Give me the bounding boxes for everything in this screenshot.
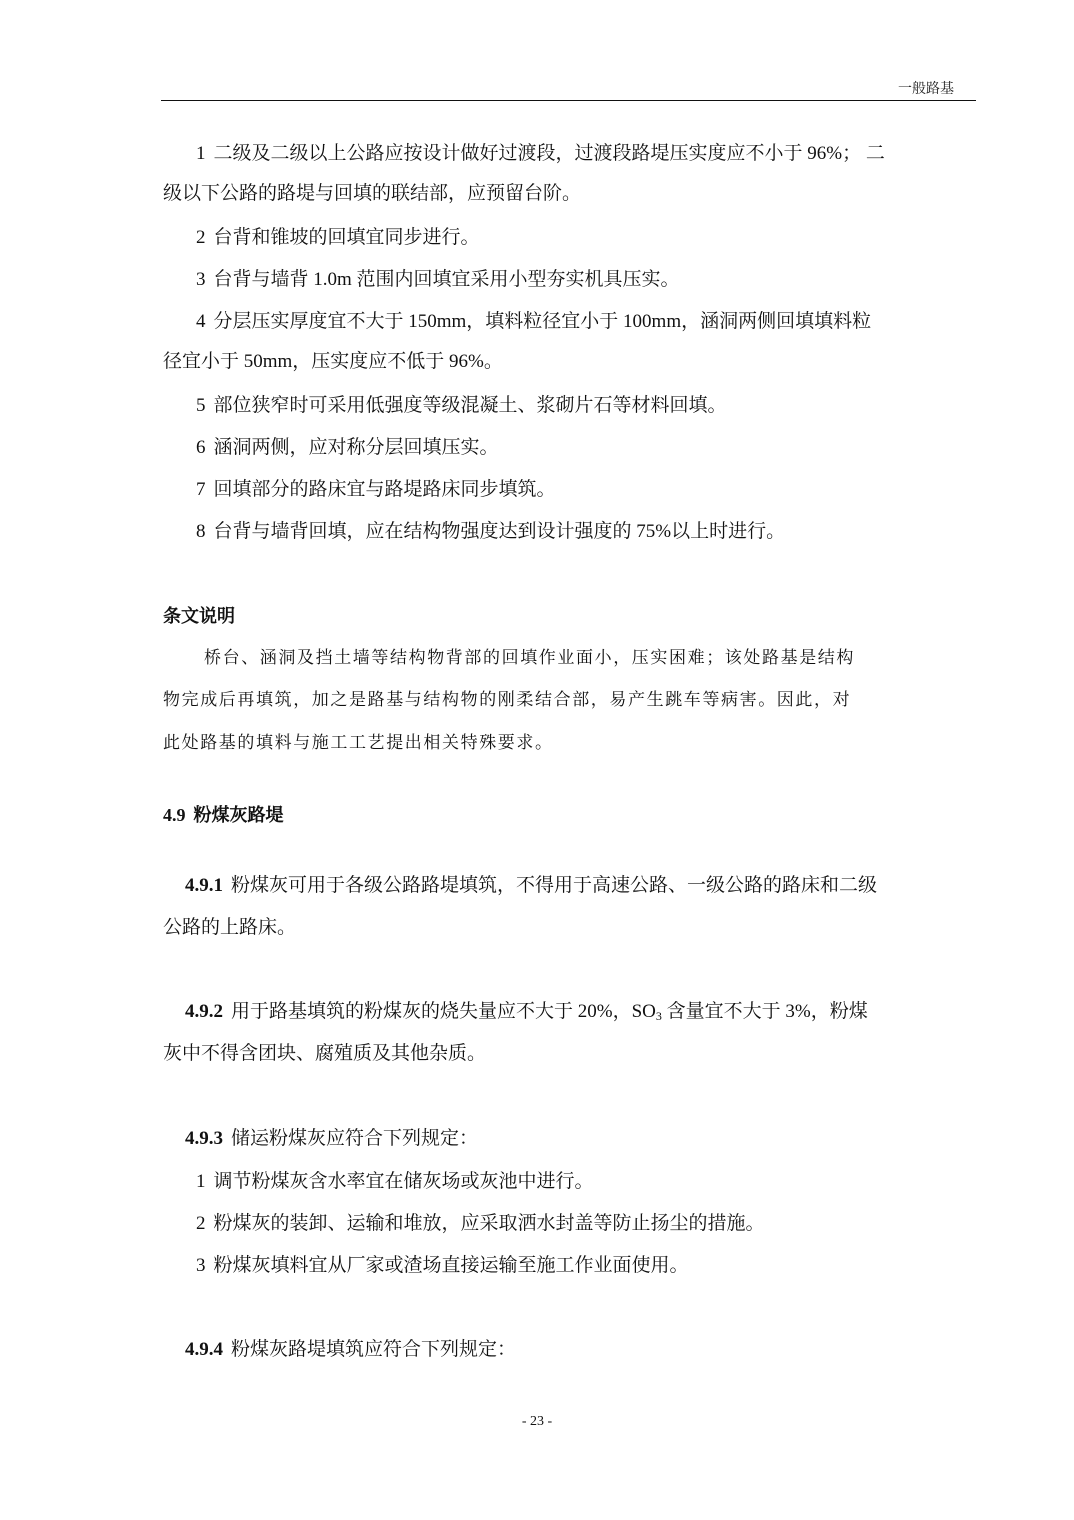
list-item-8: 8台背与墙背回填，应在结构物强度达到设计强度的 75%以上时进行。 [196,520,1006,544]
item-number: 2 [196,1213,206,1234]
item-text: 台背与墙背 1.0m 范围内回填宜采用小型夯实机具压实。 [214,269,680,290]
header-divider [161,100,976,101]
item-number: 4 [196,311,206,332]
item-text: 粉煤灰填料宜从厂家或渣场直接运输至施工作业面使用。 [214,1255,689,1276]
clause-4-9-1: 4.9.1粉煤灰可用于各级公路路堤填筑，不得用于高速公路、一级公路的路床和二级 [185,874,995,898]
list-item-7: 7回填部分的路床宜与路堤路床同步填筑。 [196,478,1006,502]
item-text: 涵洞两侧，应对称分层回填压实。 [214,437,499,458]
clause-text: 粉煤灰可用于各级公路路堤填筑，不得用于高速公路、一级公路的路床和二级 [231,875,877,896]
item-text: 回填部分的路床宜与路堤路床同步填筑。 [214,479,556,500]
item-number: 6 [196,437,206,458]
list-item-1-continuation: 级以下公路的路堤与回填的联结部，应预留台阶。 [163,182,973,206]
section-title: 粉煤灰路堤 [194,805,284,825]
item-text: 台背和锥坡的回填宜同步进行。 [214,227,480,248]
item-text: 调节粉煤灰含水率宜在储灰场或灰池中进行。 [214,1171,594,1192]
clause-text: 储运粉煤灰应符合下列规定： [231,1128,478,1149]
list-item-6: 6涵洞两侧，应对称分层回填压实。 [196,436,1006,460]
running-header-title: 一般路基 [898,78,954,98]
clause-4-9-3-item-1: 1调节粉煤灰含水率宜在储灰场或灰池中进行。 [196,1170,1006,1194]
clause-4-9-3-item-3: 3粉煤灰填料宜从厂家或渣场直接运输至施工作业面使用。 [196,1254,1006,1278]
section-number: 4.9 [163,805,186,825]
item-number: 2 [196,227,206,248]
item-text: 二级及二级以上公路应按设计做好过渡段，过渡段路堤压实度应不小于 96%； 二 [214,143,885,164]
clause-4-9-1-continuation: 公路的上路床。 [163,916,973,940]
clause-4-9-4: 4.9.4粉煤灰路堤填筑应符合下列规定： [185,1338,995,1362]
item-number: 5 [196,395,206,416]
clause-4-9-2: 4.9.2用于路基填筑的粉煤灰的烧失量应不大于 20%，SO3 含量宜不大于 3… [185,1000,995,1024]
item-number: 3 [196,1255,206,1276]
section-heading: 4.9粉煤灰路堤 [163,803,973,827]
item-number: 1 [196,1171,206,1192]
list-item-4: 4分层压实厚度宜不大于 150mm，填料粒径宜小于 100mm，涵洞两侧回填填料… [196,310,1006,334]
clause-text-rest: 含量宜不大于 3%，粉煤 [662,1001,868,1022]
commentary-line-2: 物完成后再填筑，加之是路基与结构物的刚柔结合部，易产生跳车等病害。因此，对 [163,688,973,712]
clause-4-9-3-item-2: 2粉煤灰的装卸、运输和堆放，应采取洒水封盖等防止扬尘的措施。 [196,1212,1006,1236]
clause-text: 用于路基填筑的粉煤灰的烧失量应不大于 20%，SO [231,1001,656,1022]
item-number: 7 [196,479,206,500]
item-text: 台背与墙背回填，应在结构物强度达到设计强度的 75%以上时进行。 [214,521,786,542]
list-item-3: 3台背与墙背 1.0m 范围内回填宜采用小型夯实机具压实。 [196,268,1006,292]
commentary-title: 条文说明 [163,604,973,628]
clause-number: 4.9.4 [185,1339,223,1360]
item-text: 分层压实厚度宜不大于 150mm，填料粒径宜小于 100mm，涵洞两侧回填填料粒 [214,311,872,332]
clause-4-9-2-continuation: 灰中不得含团块、腐殖质及其他杂质。 [163,1042,973,1066]
clause-number: 4.9.3 [185,1128,223,1149]
clause-4-9-3: 4.9.3储运粉煤灰应符合下列规定： [185,1127,995,1151]
item-text: 部位狭窄时可采用低强度等级混凝土、浆砌片石等材料回填。 [214,395,727,416]
list-item-4-continuation: 径宜小于 50mm，压实度应不低于 96%。 [163,350,973,374]
list-item-2: 2台背和锥坡的回填宜同步进行。 [196,226,1006,250]
item-number: 8 [196,521,206,542]
item-text: 粉煤灰的装卸、运输和堆放，应采取洒水封盖等防止扬尘的措施。 [214,1213,765,1234]
item-number: 3 [196,269,206,290]
commentary-line-3: 此处路基的填料与施工工艺提出相关特殊要求。 [163,731,973,755]
clause-text: 粉煤灰路堤填筑应符合下列规定： [231,1339,516,1360]
commentary-line-1: 桥台、涵洞及挡土墙等结构物背部的回填作业面小，压实困难；该处路基是结构 [204,646,1014,670]
page-number: - 23 - [0,1414,1074,1430]
clause-number: 4.9.1 [185,875,223,896]
list-item-5: 5部位狭窄时可采用低强度等级混凝土、浆砌片石等材料回填。 [196,394,1006,418]
item-number: 1 [196,143,206,164]
clause-number: 4.9.2 [185,1001,223,1022]
list-item-1: 1二级及二级以上公路应按设计做好过渡段，过渡段路堤压实度应不小于 96%； 二 [196,142,1006,166]
